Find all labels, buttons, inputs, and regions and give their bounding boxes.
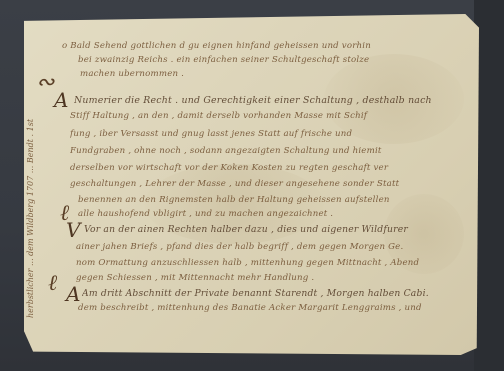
text-line: Am dritt Abschnitt der Private benannt S… xyxy=(82,288,447,299)
text-line: bei zwainzig Reichs . ein einfachen sein… xyxy=(78,55,463,65)
text-line: geschaltungen , Lehrer der Masse , und d… xyxy=(70,179,460,189)
paragraph-initial: A xyxy=(54,90,68,110)
text-line: dem beschreibt , mittenhung des Banatie … xyxy=(78,303,438,313)
text-line: derselben vor wirtschaft vor der Koken K… xyxy=(70,163,460,173)
text-line: ainer jahen Briefs , pfand dies der halb… xyxy=(76,242,446,252)
text-line: Stiff Haltung , an den , damit derselb v… xyxy=(70,111,460,121)
text-line: Fundgraben , ohne noch , sodann angezaig… xyxy=(70,146,460,156)
paragraph-initial: V xyxy=(66,220,80,240)
text-line: gegen Schiessen , mit Mittennacht mehr H… xyxy=(76,273,356,283)
paragraph-flourish: ℓ xyxy=(48,270,57,296)
text-line: fung , iber Versasst und gnug lasst jene… xyxy=(70,129,460,139)
text-line: nom Ormattung anzuschliessen halb , mitt… xyxy=(76,258,446,268)
paragraph-initial: A xyxy=(66,284,80,304)
text-line: o Bald Sehend gottlichen d gu eignen hin… xyxy=(62,41,462,51)
paragraph-flourish: ∾ xyxy=(36,70,54,95)
text-line: alle haushofend vbligirt , und zu machen… xyxy=(78,209,378,219)
text-line: benennen an den Rignemsten halb der Halt… xyxy=(78,195,458,205)
text-line: Vor an der ainen Rechten halber dazu , d… xyxy=(84,224,434,235)
margin-annotation: herbstlicher ... dem Wildberg 1707 ... B… xyxy=(26,119,35,318)
text-line: machen ubernommen . xyxy=(80,69,280,79)
text-line: Numerier die Recht . und Gerechtigkeit e… xyxy=(74,95,464,106)
